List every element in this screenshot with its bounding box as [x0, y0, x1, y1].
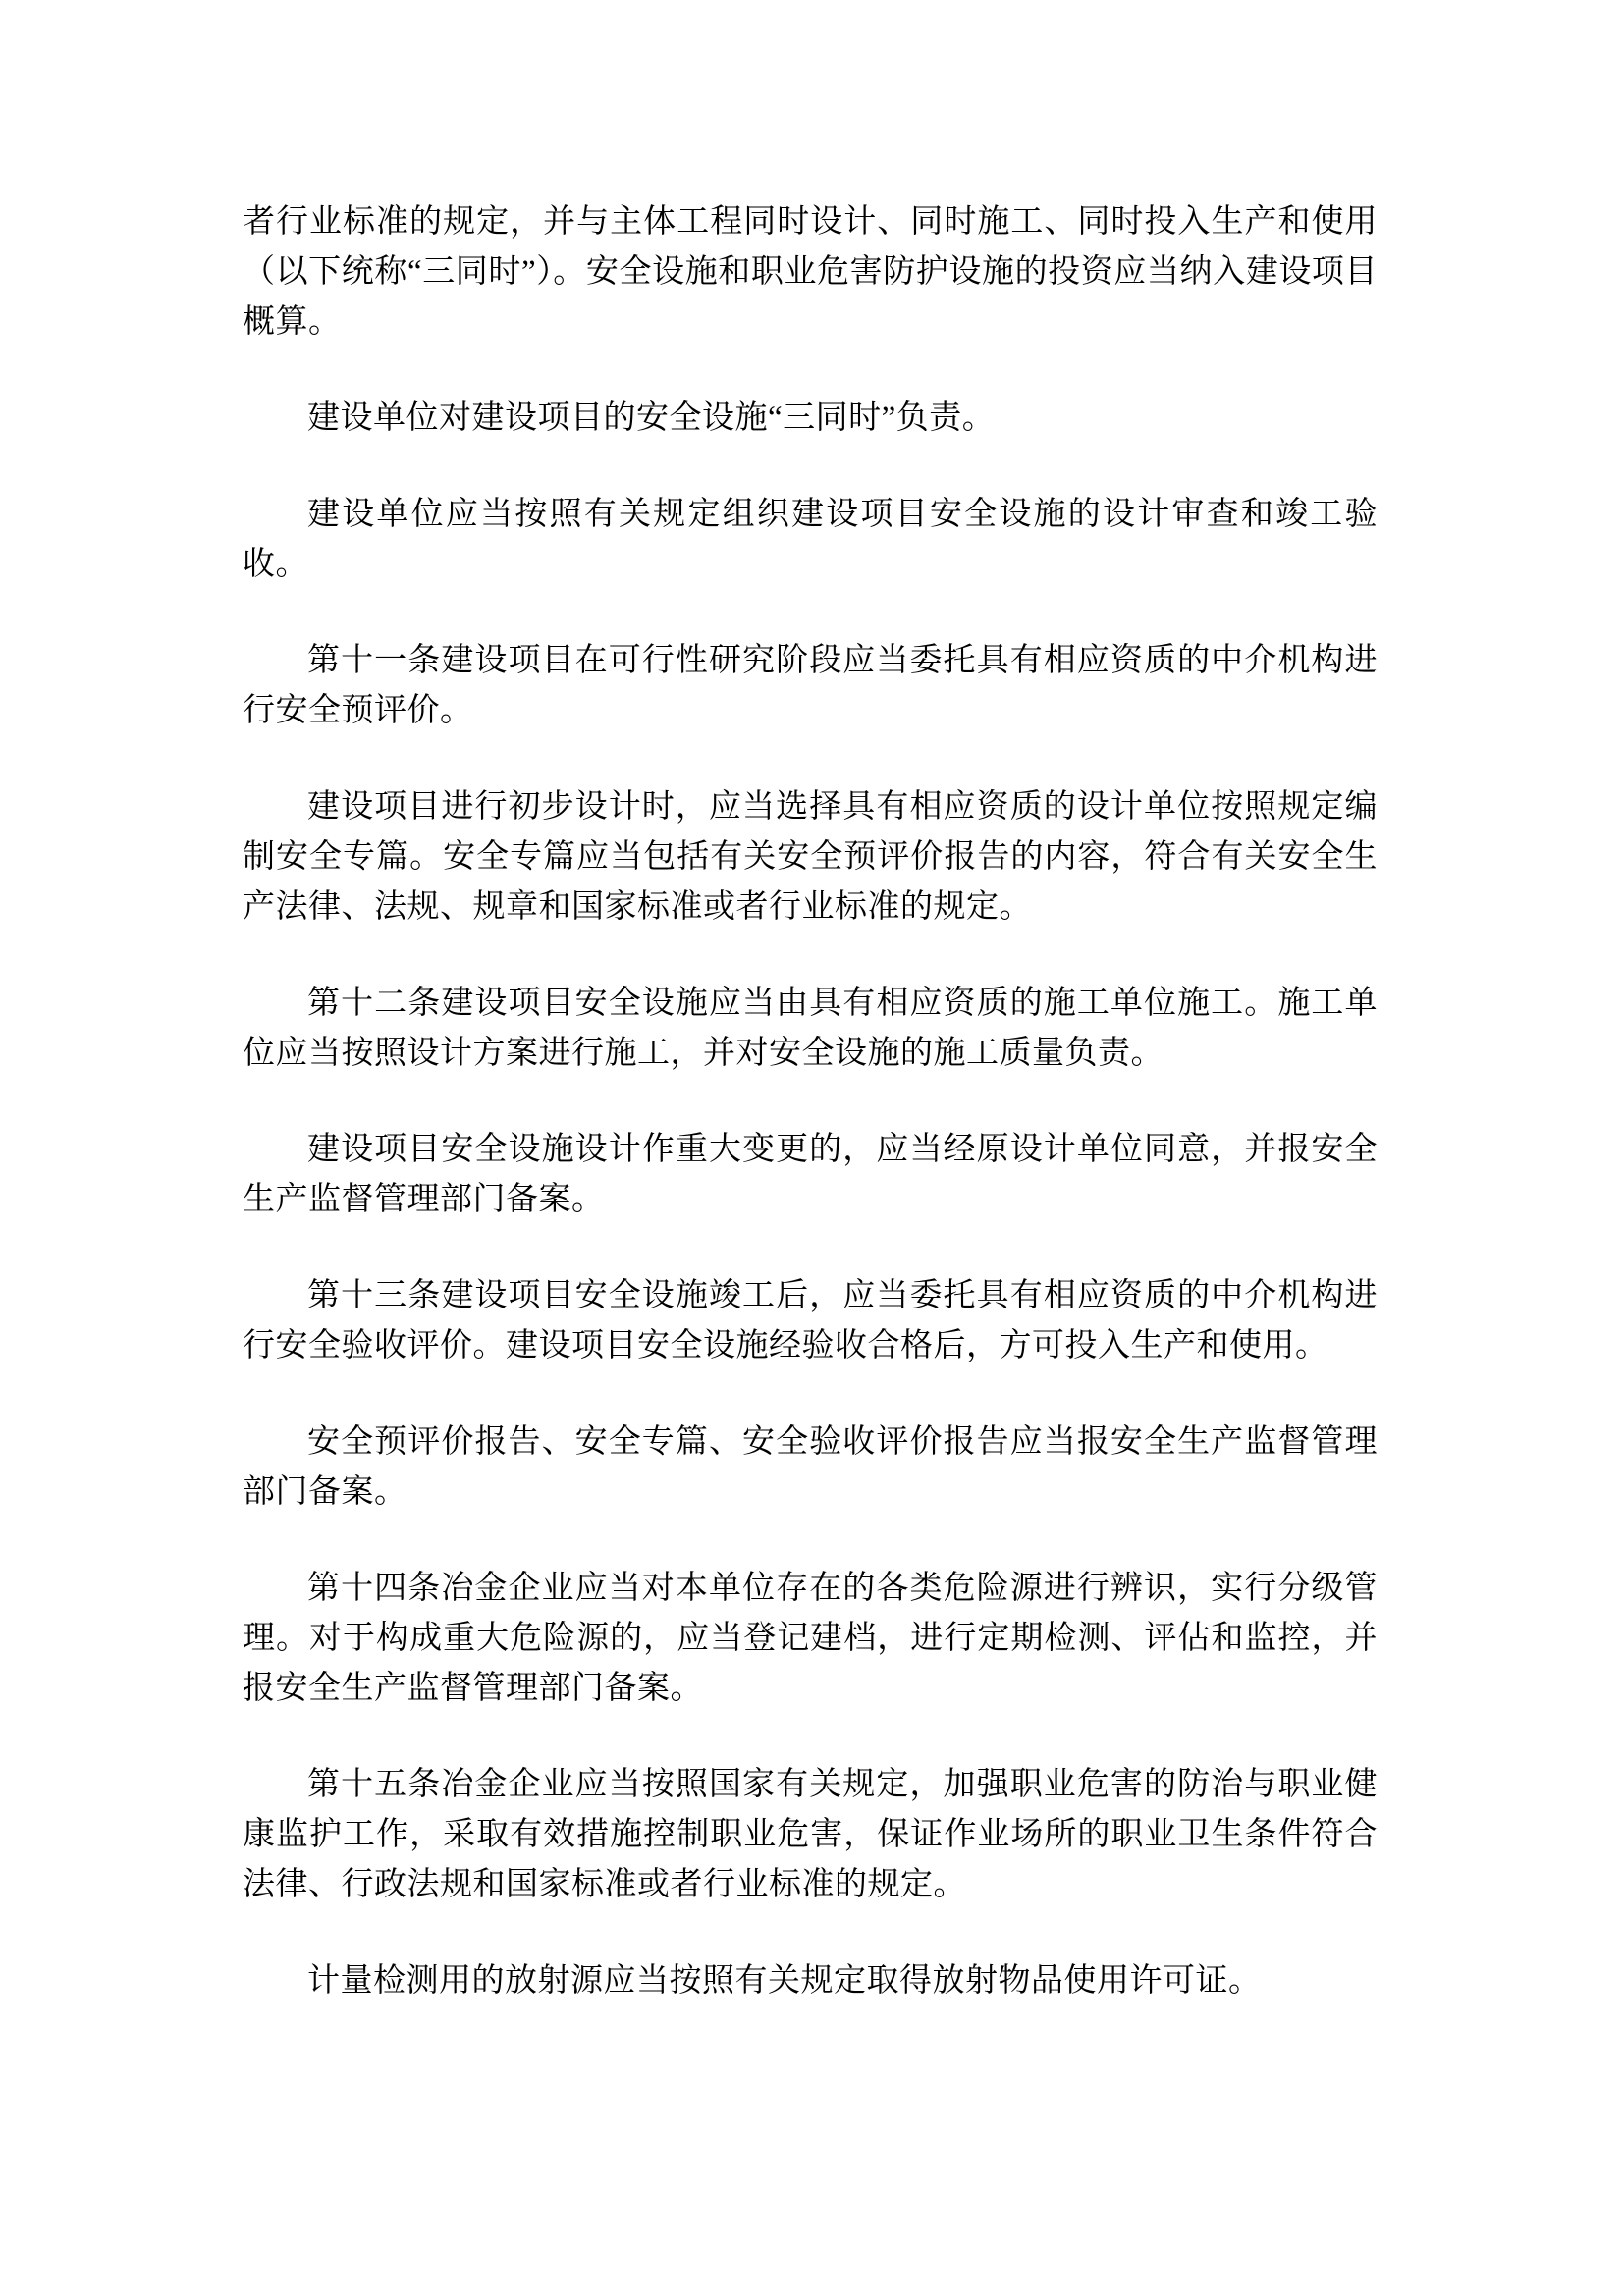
paragraph-major-design-change: 建设项目安全设施设计作重大变更的，应当经原设计单位同意，并报安全生产监督管理部门…	[243, 1125, 1378, 1225]
paragraph-design-review-acceptance: 建设单位应当按照有关规定组织建设项目安全设施的设计审查和竣工验收。	[243, 490, 1378, 590]
paragraph-article-15: 第十五条冶金企业应当按照国家有关规定，加强职业危害的防治与职业健康监护工作，采取…	[243, 1760, 1378, 1910]
paragraph-article-11: 第十一条建设项目在可行性研究阶段应当委托具有相应资质的中介机构进行安全预评价。	[243, 636, 1378, 736]
paragraph-article-13: 第十三条建设项目安全设施竣工后，应当委托具有相应资质的中介机构进行安全验收评价。…	[243, 1271, 1378, 1371]
paragraph-continuation-sanTongShi: 者行业标准的规定，并与主体工程同时设计、同时施工、同时投入生产和使用（以下统称“…	[243, 197, 1378, 347]
paragraph-article-14: 第十四条冶金企业应当对本单位存在的各类危险源进行辨识，实行分级管理。对于构成重大…	[243, 1564, 1378, 1714]
paragraph-preliminary-design: 建设项目进行初步设计时，应当选择具有相应资质的设计单位按照规定编制安全专篇。安全…	[243, 782, 1378, 933]
paragraph-reports-filing: 安全预评价报告、安全专篇、安全验收评价报告应当报安全生产监督管理部门备案。	[243, 1417, 1378, 1518]
document-page: 者行业标准的规定，并与主体工程同时设计、同时施工、同时投入生产和使用（以下统称“…	[0, 0, 1624, 2296]
document-body: 者行业标准的规定，并与主体工程同时设计、同时施工、同时投入生产和使用（以下统称“…	[243, 197, 1378, 2006]
paragraph-construction-unit-responsibility: 建设单位对建设项目的安全设施“三同时”负责。	[243, 394, 1378, 444]
paragraph-radiation-source-license: 计量检测用的放射源应当按照有关规定取得放射物品使用许可证。	[243, 1956, 1378, 2006]
paragraph-article-12: 第十二条建设项目安全设施应当由具有相应资质的施工单位施工。施工单位应当按照设计方…	[243, 979, 1378, 1079]
